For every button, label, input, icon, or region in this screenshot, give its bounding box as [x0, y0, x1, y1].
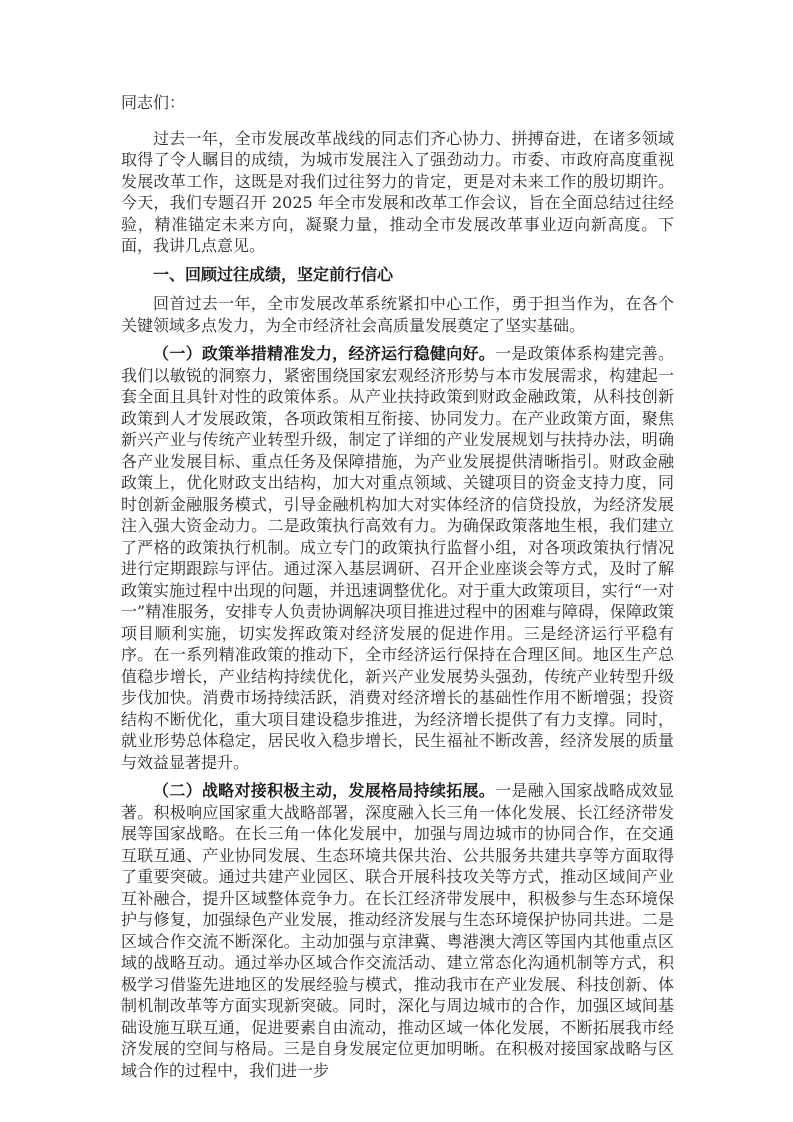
section-summary: 回首过去一年，全市发展改革系统紧扣中心工作，勇于担当作为，在各个关键领域多点发力…	[121, 293, 674, 336]
document-page: 同志们： 过去一年，全市发展改革战线的同志们齐心协力、拼搏奋进，在诸多领域取得了…	[121, 92, 674, 1088]
section-heading: 一、回顾过往成绩，坚定前行信心	[121, 264, 674, 286]
salutation: 同志们：	[121, 92, 674, 114]
subsection-2: （二）战略对接积极主动，发展格局持续拓展。一是融入国家战略成效显著。积极响应国家…	[121, 780, 674, 1081]
subsection-2-body: 一是融入国家战略成效显著。积极响应国家重大战略部署，深度融入长三角一体化发展、长…	[121, 781, 674, 1080]
subsection-1: （一）政策举措精准发力，经济运行稳健向好。一是政策体系构建完善。我们以敏锐的洞察…	[121, 343, 674, 773]
intro-paragraph: 过去一年，全市发展改革战线的同志们齐心协力、拼搏奋进，在诸多领域取得了令人瞩目的…	[121, 128, 674, 257]
subsection-1-lead: （一）政策举措精准发力，经济运行稳健向好。	[153, 344, 495, 363]
subsection-2-lead: （二）战略对接积极主动，发展格局持续拓展。	[153, 781, 495, 800]
subsection-1-body: 一是政策体系构建完善。我们以敏锐的洞察力，紧密围绕国家宏观经济形势与本市发展需求…	[121, 344, 674, 772]
